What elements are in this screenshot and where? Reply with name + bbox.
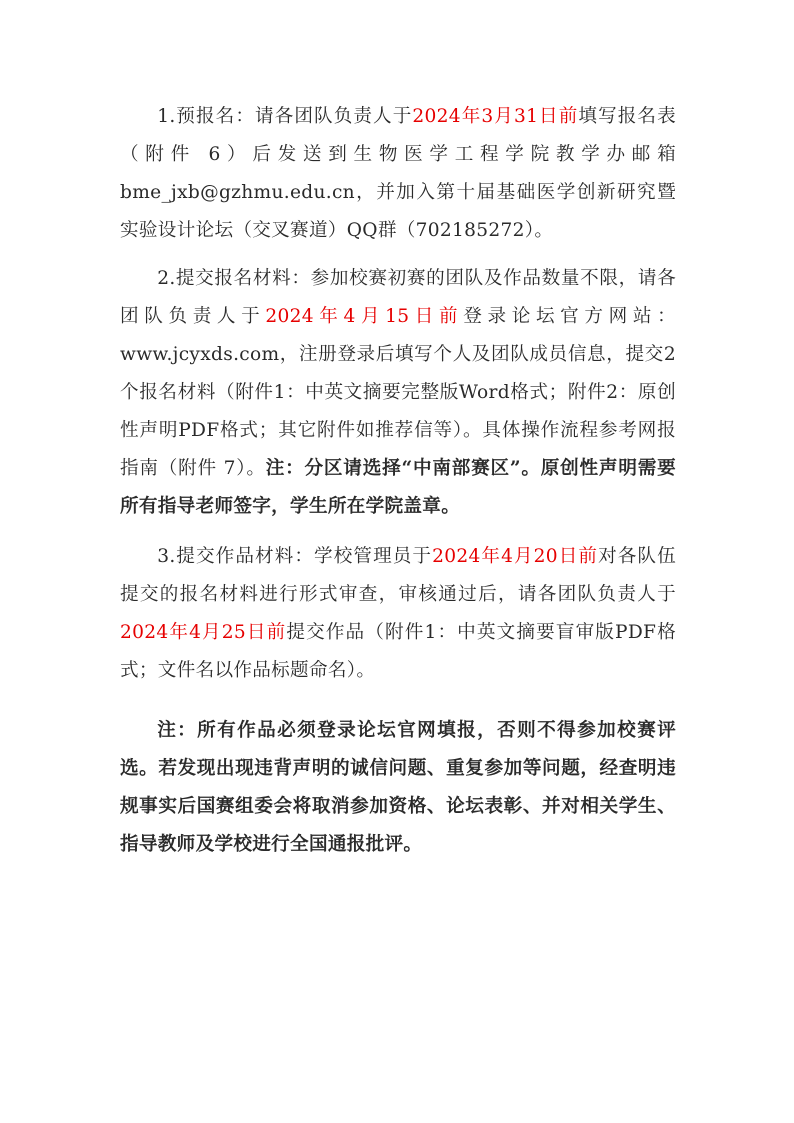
deadline-highlight: 2024年4月15日前 <box>265 306 463 327</box>
paragraph-submit-work: 3.提交作品材料：学校管理员于2024年4月20日前对各队伍提交的报名材料进行形… <box>120 538 676 690</box>
deadline-highlight: 2024年4月25日前 <box>120 622 286 643</box>
deadline-highlight: 2024年4月20日前 <box>432 546 598 567</box>
document-page: 1.预报名：请各团队负责人于2024年3月31日前填写报名表（附件 6）后发送到… <box>120 98 676 864</box>
paragraph-note: 注：所有作品必须登录论坛官网填报，否则不得参加校赛评选。若发现出现违背声明的诚信… <box>120 712 676 864</box>
deadline-highlight: 2024年3月31日前 <box>412 106 578 127</box>
paragraph-submit-registration: 2.提交报名材料：参加校赛初赛的团队及作品数量不限，请各团队负责人于2024年4… <box>120 260 676 526</box>
text-segment: 1.预报名：请各团队负责人于 <box>157 106 412 127</box>
text-segment: 3.提交作品材料：学校管理员于 <box>157 546 432 567</box>
paragraph-pre-registration: 1.预报名：请各团队负责人于2024年3月31日前填写报名表（附件 6）后发送到… <box>120 98 676 250</box>
text-segment: 登录论坛官方网站：www.jcyxds.com，注册登录后填写个人及团队成员信息… <box>120 306 676 479</box>
bold-note: 注：所有作品必须登录论坛官网填报，否则不得参加校赛评选。若发现出现违背声明的诚信… <box>120 720 676 855</box>
